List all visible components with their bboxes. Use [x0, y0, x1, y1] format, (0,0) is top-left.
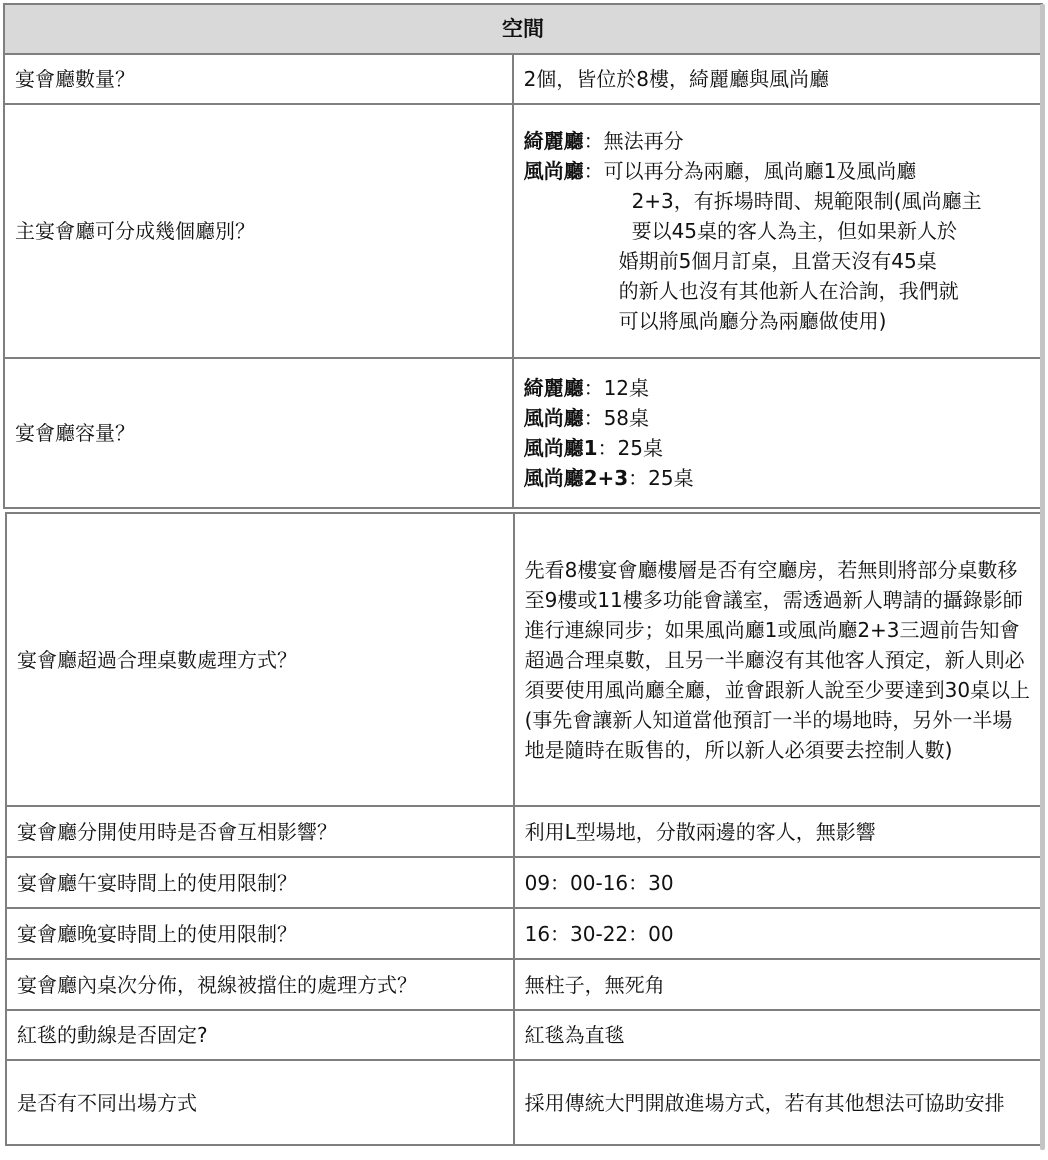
capacity-line: 風尚廳2+3：25桌 [524, 463, 1031, 493]
capacity-line: 風尚廳1：25桌 [524, 433, 1031, 463]
capacity-value: 25桌 [618, 436, 663, 460]
answer-cell: 綺麗廳：12桌 風尚廳：58桌 風尚廳1：25桌 風尚廳2+3：25桌 [513, 358, 1042, 508]
table-row: 宴會廳晚宴時間上的使用限制？ 16：30-22：00 [6, 908, 1042, 959]
hall-detail-continuation: 可以將風尚廳分為兩廳做使用) [524, 306, 1031, 336]
table-row: 宴會廳超過合理桌數處理方式？ 先看8樓宴會廳樓層是否有空廳房，若無則將部分桌數移… [6, 513, 1042, 806]
question-cell: 宴會廳容量？ [4, 358, 513, 508]
table-row: 宴會廳分開使用時是否會互相影響？ 利用L型場地，分散兩邊的客人，無影響 [6, 806, 1042, 857]
capacity-value: 58桌 [604, 406, 649, 430]
hall-label: 風尚廳2+3 [524, 466, 629, 490]
question-cell: 宴會廳內桌次分佈，視線被擋住的處理方式？ [6, 959, 514, 1010]
separator: ： [598, 436, 618, 460]
separator: ： [584, 406, 604, 430]
hall-label: 風尚廳 [524, 159, 584, 183]
question-cell: 主宴會廳可分成幾個廳別？ [4, 104, 513, 358]
table-row: 紅毯的動線是否固定? 紅毯為直毯 [6, 1010, 1042, 1060]
table-row: 宴會廳午宴時間上的使用限制？ 09：00-16：30 [6, 857, 1042, 908]
question-cell: 宴會廳午宴時間上的使用限制？ [6, 857, 514, 908]
separator: ： [628, 466, 648, 490]
table-row: 主宴會廳可分成幾個廳別？ 綺麗廳：無法再分 風尚廳：可以再分為兩廳，風尚廳1及風… [4, 104, 1042, 358]
table-row: 是否有不同出場方式 採用傳統大門開啟進場方式，若有其他想法可協助安排 [6, 1060, 1042, 1145]
hall-detail-continuation: 要以45桌的客人為主，但如果新人於 [524, 216, 1031, 246]
capacity-line: 風尚廳：58桌 [524, 403, 1031, 433]
hall-detail: 無法再分 [604, 129, 684, 153]
section-title: 空間 [4, 4, 1042, 54]
capacity-line: 綺麗廳：12桌 [524, 373, 1031, 403]
answer-cell: 紅毯為直毯 [514, 1010, 1042, 1060]
answer-line: 風尚廳：可以再分為兩廳，風尚廳1及風尚廳 [524, 156, 1031, 186]
answer-cell: 2個，皆位於8樓，綺麗廳與風尚廳 [513, 54, 1042, 104]
page: 空間 宴會廳數量？ 2個，皆位於8樓，綺麗廳與風尚廳 主宴會廳可分成幾個廳別？ … [0, 0, 1048, 1160]
answer-cell: 無柱子，無死角 [514, 959, 1042, 1010]
answer-cell: 先看8樓宴會廳樓層是否有空廳房，若無則將部分桌數移至9樓或11樓多功能會議室，需… [514, 513, 1042, 806]
venue-space-table-top: 空間 宴會廳數量？ 2個，皆位於8樓，綺麗廳與風尚廳 主宴會廳可分成幾個廳別？ … [3, 3, 1043, 509]
answer-cell: 09：00-16：30 [514, 857, 1042, 908]
venue-space-table-bottom: 宴會廳超過合理桌數處理方式？ 先看8樓宴會廳樓層是否有空廳房，若無則將部分桌數移… [5, 512, 1043, 1146]
hall-label: 綺麗廳 [524, 376, 584, 400]
separator: ： [584, 129, 604, 153]
hall-label: 綺麗廳 [524, 129, 584, 153]
table-row: 宴會廳數量？ 2個，皆位於8樓，綺麗廳與風尚廳 [4, 54, 1042, 104]
separator: ： [584, 376, 604, 400]
section-header-row: 空間 [4, 4, 1042, 54]
question-cell: 是否有不同出場方式 [6, 1060, 514, 1145]
question-cell: 宴會廳晚宴時間上的使用限制？ [6, 908, 514, 959]
answer-cell: 16：30-22：00 [514, 908, 1042, 959]
capacity-value: 25桌 [648, 466, 693, 490]
answer-line: 綺麗廳：無法再分 [524, 126, 1031, 156]
question-cell: 紅毯的動線是否固定? [6, 1010, 514, 1060]
answer-cell: 採用傳統大門開啟進場方式，若有其他想法可協助安排 [514, 1060, 1042, 1145]
table-row: 宴會廳容量？ 綺麗廳：12桌 風尚廳：58桌 風尚廳1：25桌 風尚廳2+3：2… [4, 358, 1042, 508]
hall-detail-continuation: 的新人也沒有其他新人在洽詢，我們就 [524, 276, 1031, 306]
question-cell: 宴會廳數量？ [4, 54, 513, 104]
capacity-value: 12桌 [604, 376, 649, 400]
vertical-scrollbar[interactable] [1040, 4, 1045, 1150]
separator: ： [584, 159, 604, 183]
hall-detail-continuation: 2+3，有拆場時間、規範限制(風尚廳主 [524, 186, 1031, 216]
answer-cell: 綺麗廳：無法再分 風尚廳：可以再分為兩廳，風尚廳1及風尚廳 2+3，有拆場時間、… [513, 104, 1042, 358]
hall-detail-continuation: 婚期前5個月訂桌，且當天沒有45桌 [524, 246, 1031, 276]
hall-detail: 可以再分為兩廳，風尚廳1及風尚廳 [604, 159, 917, 183]
table-row: 宴會廳內桌次分佈，視線被擋住的處理方式？ 無柱子，無死角 [6, 959, 1042, 1010]
question-cell: 宴會廳分開使用時是否會互相影響？ [6, 806, 514, 857]
hall-label: 風尚廳 [524, 406, 584, 430]
question-cell: 宴會廳超過合理桌數處理方式？ [6, 513, 514, 806]
answer-cell: 利用L型場地，分散兩邊的客人，無影響 [514, 806, 1042, 857]
hall-label: 風尚廳1 [524, 436, 598, 460]
